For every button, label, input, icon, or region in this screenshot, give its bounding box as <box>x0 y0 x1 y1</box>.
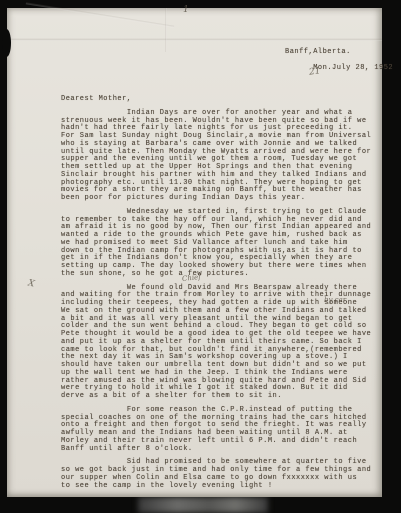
paper-crease <box>7 38 382 41</box>
paper-crease <box>26 2 174 27</box>
letter-paper: 1 Banff,Alberta. Mon.July 28, 1952 21 X … <box>7 8 382 497</box>
paper-edge-notch <box>2 29 11 57</box>
paper-crease <box>165 8 167 52</box>
paragraph-bearspaw: We found old David and Mrs Bearspaw alre… <box>61 285 379 401</box>
heading-date: Mon.July 28, 1952 <box>313 64 393 72</box>
scanner-background-blur <box>138 497 268 513</box>
paragraph-wednesday: Wednesday we started in, first trying to… <box>61 209 379 279</box>
paragraph-sid: Sid had promised to be somewhere at quar… <box>61 459 379 490</box>
pencil-page-number: 1 <box>183 5 189 15</box>
salutation: Dearest Mother, <box>61 96 379 104</box>
letter-body: Dearest Mother, Indian Days are over for… <box>61 96 379 496</box>
pencil-margin-x-mark: X <box>27 278 35 289</box>
heading-place: Banff,Alberta. <box>285 48 351 56</box>
pencil-date-correction: 21 <box>308 66 321 77</box>
letter-heading: Banff,Alberta. Mon.July 28, 1952 <box>285 48 393 73</box>
paragraph-cpr: For some reason the C.P.R.instead of put… <box>61 407 379 454</box>
paragraph-indian-days: Indian Days are over for another year an… <box>61 110 379 203</box>
letter-photo: 1 Banff,Alberta. Mon.July 28, 1952 21 X … <box>0 0 401 513</box>
